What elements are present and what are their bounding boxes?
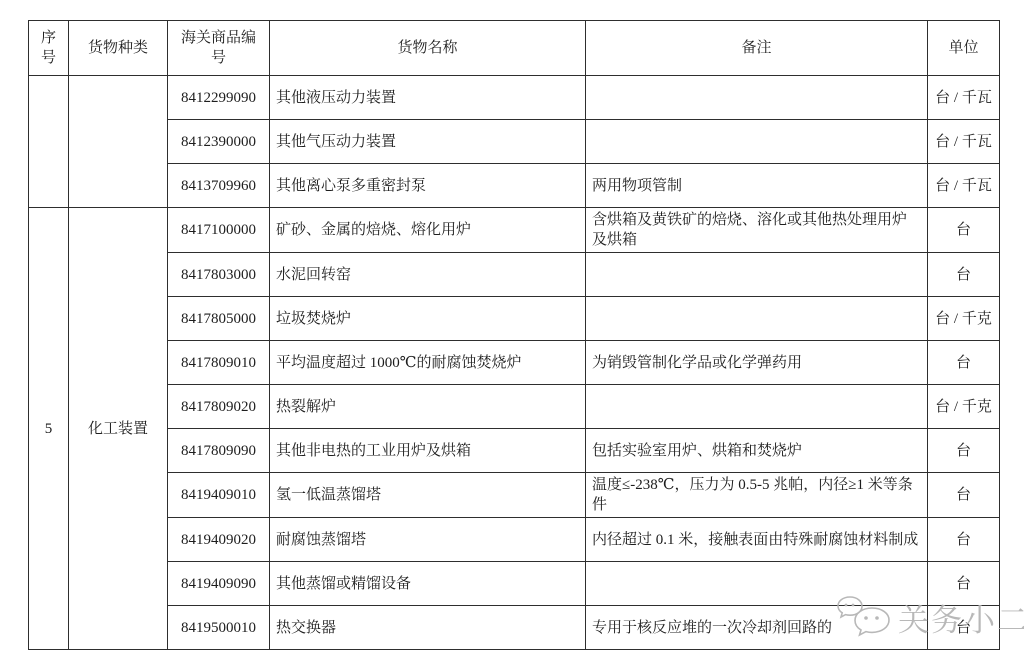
unit-cell: 台 / 千克 xyxy=(928,297,1000,341)
goods-name-cell: 平均温度超过 1000℃的耐腐蚀焚烧炉 xyxy=(270,341,586,385)
header-code: 海关商品编号 xyxy=(168,21,270,76)
unit-cell: 台 xyxy=(928,429,1000,473)
hs-code-cell: 8419409010 xyxy=(168,473,270,518)
header-unit: 单位 xyxy=(928,21,1000,76)
category-cell: 化工装置 xyxy=(69,208,168,650)
remark-cell xyxy=(586,385,928,429)
hs-code-cell: 8412390000 xyxy=(168,120,270,164)
table-row: 8419409010 氢一低温蒸馏塔 温度≤-238℃，压力为 0.5-5 兆帕… xyxy=(29,473,1000,518)
hs-code-cell: 8417803000 xyxy=(168,253,270,297)
unit-cell: 台 xyxy=(928,473,1000,518)
table-row: 5 化工装置 8417100000 矿砂、金属的焙烧、熔化用炉 含烘箱及黄铁矿的… xyxy=(29,208,1000,253)
remark-cell: 两用物项管制 xyxy=(586,164,928,208)
header-category: 货物种类 xyxy=(69,21,168,76)
unit-cell: 台 / 千瓦 xyxy=(928,120,1000,164)
goods-name-cell: 矿砂、金属的焙烧、熔化用炉 xyxy=(270,208,586,253)
goods-name-cell: 其他蒸馏或精馏设备 xyxy=(270,562,586,606)
unit-cell: 台 / 千克 xyxy=(928,385,1000,429)
hs-code-cell: 8419500010 xyxy=(168,606,270,650)
hs-code-table: 序号 货物种类 海关商品编号 货物名称 备注 单位 8412299090 其他液… xyxy=(28,20,1000,650)
goods-name-cell: 热交换器 xyxy=(270,606,586,650)
remark-cell xyxy=(586,120,928,164)
remark-cell xyxy=(586,76,928,120)
document-page: 序号 货物种类 海关商品编号 货物名称 备注 单位 8412299090 其他液… xyxy=(0,0,1024,666)
table-row: 8417809090 其他非电热的工业用炉及烘箱 包括实验室用炉、烘箱和焚烧炉 … xyxy=(29,429,1000,473)
serial-cell: 5 xyxy=(29,208,69,650)
remark-cell xyxy=(586,253,928,297)
table-row: 8417805000 垃圾焚烧炉 台 / 千克 xyxy=(29,297,1000,341)
table-row: 8417803000 水泥回转窑 台 xyxy=(29,253,1000,297)
goods-name-cell: 氢一低温蒸馏塔 xyxy=(270,473,586,518)
table-row: 8419409090 其他蒸馏或精馏设备 台 xyxy=(29,562,1000,606)
remark-cell xyxy=(586,562,928,606)
hs-code-cell: 8417805000 xyxy=(168,297,270,341)
goods-name-cell: 其他离心泵多重密封泵 xyxy=(270,164,586,208)
hs-code-cell: 8417100000 xyxy=(168,208,270,253)
goods-name-cell: 其他气压动力装置 xyxy=(270,120,586,164)
remark-cell: 专用于核反应堆的一次冷却剂回路的 xyxy=(586,606,928,650)
remark-cell: 内径超过 0.1 米，接触表面由特殊耐腐蚀材料制成 xyxy=(586,518,928,562)
hs-code-cell: 8417809020 xyxy=(168,385,270,429)
table-row: 8417809010 平均温度超过 1000℃的耐腐蚀焚烧炉 为销毁管制化学品或… xyxy=(29,341,1000,385)
table-row: 8419500010 热交换器 专用于核反应堆的一次冷却剂回路的 台 xyxy=(29,606,1000,650)
remark-cell: 含烘箱及黄铁矿的焙烧、溶化或其他热处理用炉及烘箱 xyxy=(586,208,928,253)
hs-code-cell: 8413709960 xyxy=(168,164,270,208)
unit-cell: 台 xyxy=(928,518,1000,562)
table-row: 8419409020 耐腐蚀蒸馏塔 内径超过 0.1 米，接触表面由特殊耐腐蚀材… xyxy=(29,518,1000,562)
unit-cell: 台 xyxy=(928,341,1000,385)
remark-cell: 温度≤-238℃，压力为 0.5-5 兆帕，内径≥1 米等条件 xyxy=(586,473,928,518)
header-row: 序号 货物种类 海关商品编号 货物名称 备注 单位 xyxy=(29,21,1000,76)
header-name: 货物名称 xyxy=(270,21,586,76)
unit-cell: 台 xyxy=(928,562,1000,606)
remark-cell xyxy=(586,297,928,341)
header-remark: 备注 xyxy=(586,21,928,76)
table-row: 8413709960 其他离心泵多重密封泵 两用物项管制 台 / 千瓦 xyxy=(29,164,1000,208)
goods-name-cell: 水泥回转窑 xyxy=(270,253,586,297)
hs-code-cell: 8419409090 xyxy=(168,562,270,606)
hs-code-cell: 8419409020 xyxy=(168,518,270,562)
table-row: 8417809020 热裂解炉 台 / 千克 xyxy=(29,385,1000,429)
header-serial: 序号 xyxy=(29,21,69,76)
goods-name-cell: 其他非电热的工业用炉及烘箱 xyxy=(270,429,586,473)
unit-cell: 台 xyxy=(928,606,1000,650)
unit-cell: 台 xyxy=(928,208,1000,253)
unit-cell: 台 xyxy=(928,253,1000,297)
category-cell xyxy=(69,76,168,208)
table-row: 8412299090 其他液压动力装置 台 / 千瓦 xyxy=(29,76,1000,120)
goods-name-cell: 垃圾焚烧炉 xyxy=(270,297,586,341)
unit-cell: 台 / 千瓦 xyxy=(928,164,1000,208)
remark-cell: 包括实验室用炉、烘箱和焚烧炉 xyxy=(586,429,928,473)
table-row: 8412390000 其他气压动力装置 台 / 千瓦 xyxy=(29,120,1000,164)
goods-name-cell: 热裂解炉 xyxy=(270,385,586,429)
goods-name-cell: 其他液压动力装置 xyxy=(270,76,586,120)
unit-cell: 台 / 千瓦 xyxy=(928,76,1000,120)
hs-code-cell: 8417809010 xyxy=(168,341,270,385)
hs-code-cell: 8412299090 xyxy=(168,76,270,120)
goods-name-cell: 耐腐蚀蒸馏塔 xyxy=(270,518,586,562)
serial-cell xyxy=(29,76,69,208)
hs-code-cell: 8417809090 xyxy=(168,429,270,473)
remark-cell: 为销毁管制化学品或化学弹药用 xyxy=(586,341,928,385)
